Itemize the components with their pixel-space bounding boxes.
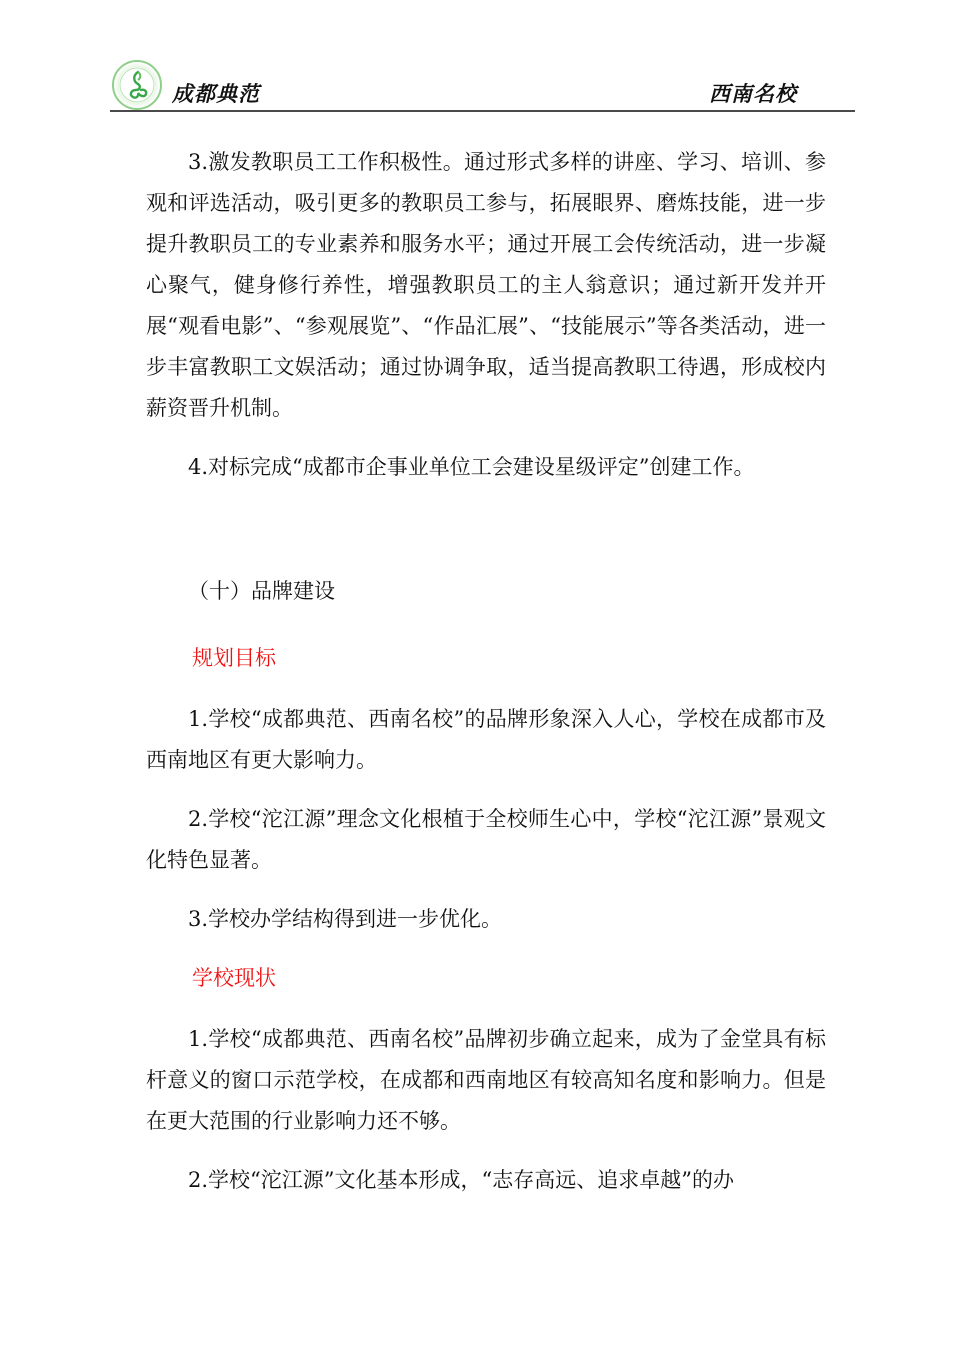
header-right-title: 西南名校 — [709, 78, 797, 108]
goal-item: 1.学校“成都典范、西南名校”的品牌形象深入人心，学校在成都市及西南地区有更大影… — [146, 699, 826, 781]
status-heading: 学校现状 — [146, 958, 826, 999]
goal-item: 2.学校“沱江源”理念文化根植于全校师生心中，学校“沱江源”景观文化特色显著。 — [146, 799, 826, 881]
status-item: 1.学校“成都典范、西南名校”品牌初步确立起来，成为了金堂具有标杆意义的窗口示范… — [146, 1019, 826, 1142]
school-emblem-icon — [112, 60, 162, 110]
header-divider — [110, 110, 855, 112]
header-left-title: 成都典范 — [172, 78, 260, 108]
goals-heading: 规划目标 — [146, 638, 826, 679]
page-header: 成都典范 西南名校 — [110, 62, 855, 112]
paragraph: 4.对标完成“成都市企事业单位工会建设星级评定”创建工作。 — [146, 447, 826, 488]
status-item: 2.学校“沱江源”文化基本形成，“志存高远、追求卓越”的办 — [146, 1160, 826, 1201]
section-title: （十）品牌建设 — [146, 571, 826, 612]
document-body: 3.激发教职员工工作积极性。通过形式多样的讲座、学习、培训、参观和评选活动，吸引… — [146, 142, 826, 1201]
paragraph: 3.激发教职员工工作积极性。通过形式多样的讲座、学习、培训、参观和评选活动，吸引… — [146, 142, 826, 429]
goal-item: 3.学校办学结构得到进一步优化。 — [146, 899, 826, 940]
